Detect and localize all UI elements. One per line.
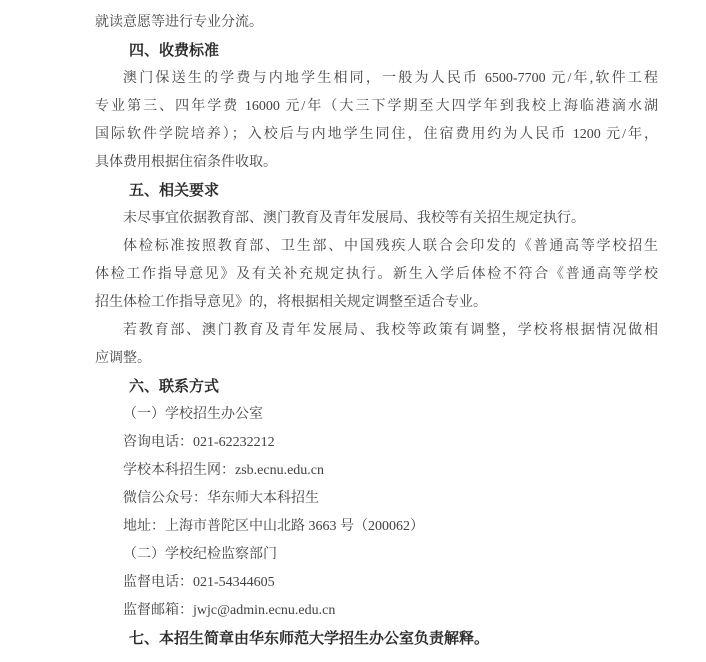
contact-office-title: （一）学校招生办公室 xyxy=(95,401,658,429)
section-heading-fee-standard: 四、收费标准 xyxy=(95,37,658,65)
section-heading-contact: 六、联系方式 xyxy=(95,373,658,401)
document-page: 就读意愿等进行专业分流。 四、收费标准 澳门保送生的学费与内地学生相同，一般为人… xyxy=(0,0,706,662)
para-policy-line-2: 应调整。 xyxy=(95,345,658,373)
document-content: 就读意愿等进行专业分流。 四、收费标准 澳门保送生的学费与内地学生相同，一般为人… xyxy=(95,9,658,653)
para-policy-line-1: 若教育部、澳门教育及青年发展局、我校等政策有调整，学校将根据情况做相 xyxy=(95,317,658,345)
contact-phone: 咨询电话：021-62232212 xyxy=(95,429,658,457)
doc-line-intro: 就读意愿等进行专业分流。 xyxy=(95,9,658,37)
para-requirements-line-1: 未尽事宜依据教育部、澳门教育及青年发展局、我校等有关招生规定执行。 xyxy=(95,205,658,233)
para-fees-line-1: 澳门保送生的学费与内地学生相同，一般为人民币 6500-7700 元/年,软件工… xyxy=(95,65,658,93)
para-fees-line-2: 专业第三、四年学费 16000 元/年（大三下学期至大四学年到我校上海临港滴水湖 xyxy=(95,93,658,121)
contact-website: 学校本科招生网：zsb.ecnu.edu.cn xyxy=(95,457,658,485)
para-medical-line-1: 体检标准按照教育部、卫生部、中国残疾人联合会印发的《普通高等学校招生 xyxy=(95,233,658,261)
contact-wechat: 微信公众号：华东师大本科招生 xyxy=(95,485,658,513)
contact-supervision-email: 监督邮箱：jwjc@admin.ecnu.edu.cn xyxy=(95,597,658,625)
para-medical-line-2: 体检工作指导意见》及有关补充规定执行。新生入学后体检不符合《普通高等学校 xyxy=(95,261,658,289)
section-heading-interpretation: 七、本招生简章由华东师范大学招生办公室负责解释。 xyxy=(95,625,658,653)
section-heading-requirements: 五、相关要求 xyxy=(95,177,658,205)
para-fees-line-4: 具体费用根据住宿条件收取。 xyxy=(95,149,658,177)
para-fees-line-3: 国际软件学院培养）；入校后与内地学生同住，住宿费用约为人民币 1200 元/年， xyxy=(95,121,658,149)
contact-address: 地址：上海市普陀区中山北路 3663 号（200062） xyxy=(95,513,658,541)
contact-discipline-title: （二）学校纪检监察部门 xyxy=(95,541,658,569)
para-medical-line-3: 招生体检工作指导意见》的，将根据相关规定调整至适合专业。 xyxy=(95,289,658,317)
contact-supervision-phone: 监督电话：021-54344605 xyxy=(95,569,658,597)
